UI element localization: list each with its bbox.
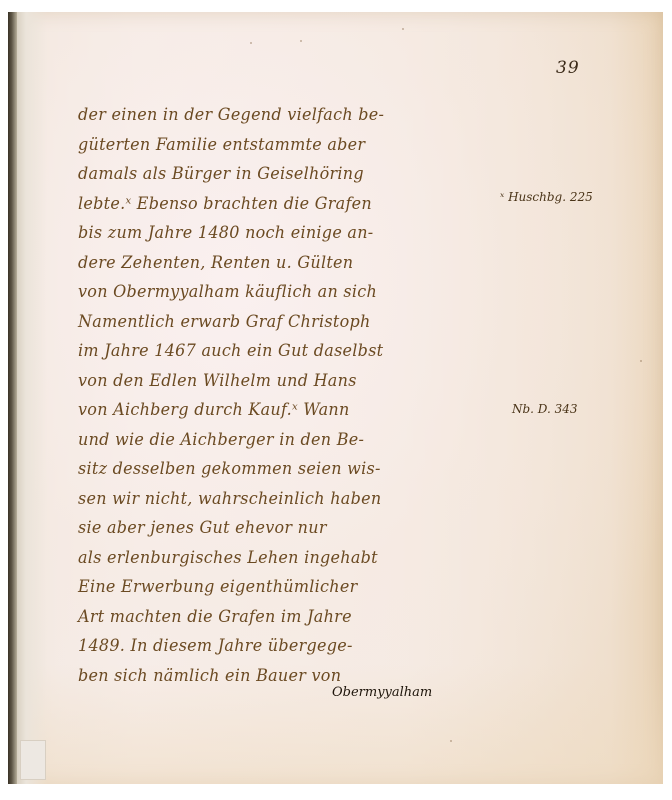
paper-speck [640,360,642,362]
book-binding [8,12,17,784]
page-number: 39 [556,58,580,78]
text-line: Art machten die Grafen im Jahre [78,603,482,633]
text-line: lebte.ˣ Ebenso brachten die Grafen [78,190,482,220]
text-line: dere Zehenten, Renten u. Gülten [78,249,482,279]
text-line: im Jahre 1467 auch ein Gut daselbst [78,337,482,367]
text-line: als erlenburgisches Lehen ingehabt [78,544,482,574]
text-line: von Aichberg durch Kauf.ˣ Wann [78,396,482,426]
paper-speck [450,740,452,742]
text-line: güterten Familie entstammte aber [78,131,482,161]
paper-speck [250,42,252,44]
signature-line: Obermyyalham [332,685,432,700]
paper-tab [20,740,46,780]
margin-note-reference: ˣ Huschbg. 225 [500,190,593,204]
paper-speck [300,40,302,42]
margin-note-reference: Nb. D. 343 [512,402,578,416]
text-line: von den Edlen Wilhelm und Hans [78,367,482,397]
text-line: sen wir nicht, wahrscheinlich haben [78,485,482,515]
text-line: 1489. In diesem Jahre übergege- [78,632,482,662]
handwritten-text-block: der einen in der Gegend vielfach be- güt… [78,101,508,691]
paper-speck [402,28,404,30]
text-line: damals als Bürger in Geiselhöring [78,160,482,190]
text-line: von Obermyyalham käuflich an sich [78,278,482,308]
text-line: Namentlich erwarb Graf Christoph [78,308,482,338]
text-line: sie aber jenes Gut ehevor nur [78,514,482,544]
text-line: und wie die Aichberger in den Be- [78,426,482,456]
text-line: der einen in der Gegend vielfach be- [78,101,482,131]
text-line: Eine Erwerbung eigenthümlicher [78,573,482,603]
text-line: sitz desselben gekommen seien wis- [78,455,482,485]
binding-gutter [17,12,47,784]
text-line: bis zum Jahre 1480 noch einige an- [78,219,482,249]
